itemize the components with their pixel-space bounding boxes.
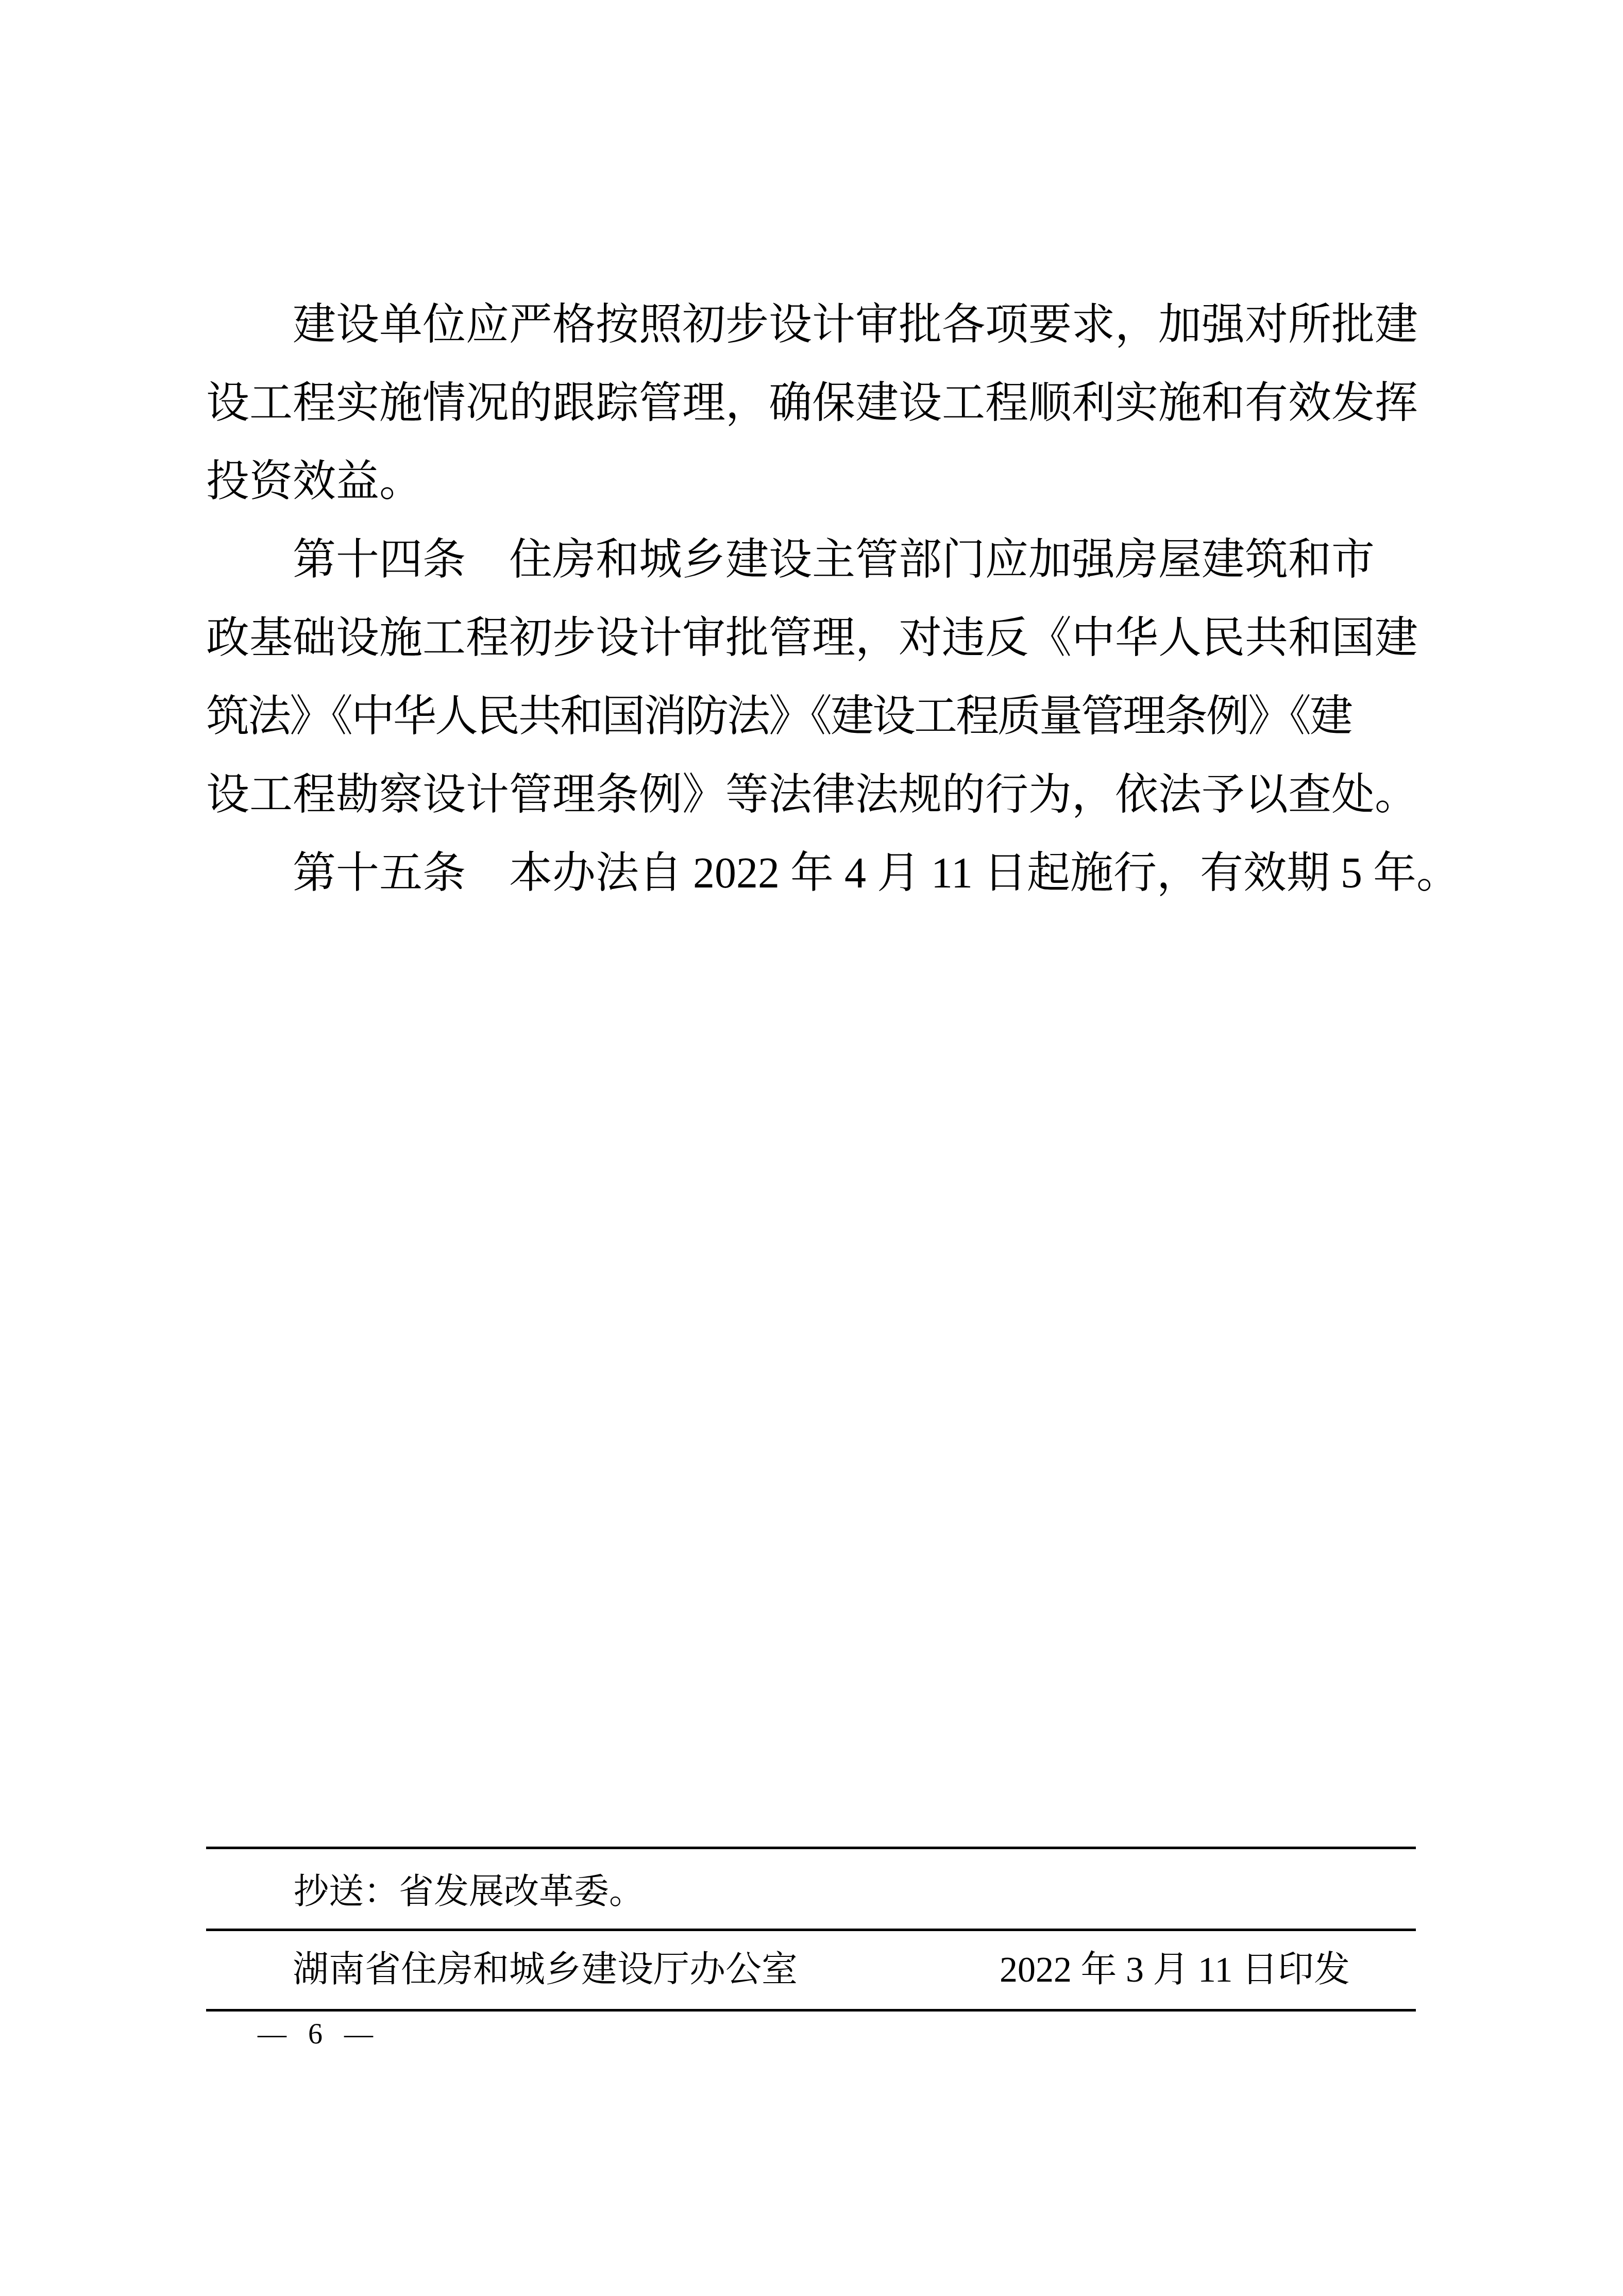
footer-divider-bottom xyxy=(206,2009,1416,2012)
footer-divider-top xyxy=(206,1847,1416,1849)
page-number: — 6 — xyxy=(258,2019,380,2049)
issuer-office: 湖南省住房和城乡建设厅办公室 xyxy=(293,1951,798,1989)
body-line: 筑法》《中华人民共和国消防法》《建设工程质量管理条例》《建 xyxy=(206,678,1418,756)
footer-divider-middle xyxy=(206,1929,1416,1931)
body-line: 投资效益。 xyxy=(206,443,1418,521)
body-line: 设工程实施情况的跟踪管理，确保建设工程顺利实施和有效发挥 xyxy=(206,364,1418,443)
issuer-row: 湖南省住房和城乡建设厅办公室 2022 年 3 月 11 日印发 xyxy=(206,1951,1416,1989)
body-line: 建设单位应严格按照初步设计审批各项要求，加强对所批建 xyxy=(206,286,1418,364)
body-line-article-14: 第十四条 住房和城乡建设主管部门应加强房屋建筑和市 xyxy=(206,521,1418,599)
print-date: 2022 年 3 月 11 日印发 xyxy=(1000,1951,1350,1989)
body-line: 政基础设施工程初步设计审批管理，对违反《中华人民共和国建 xyxy=(206,599,1418,678)
body-line-article-15: 第十五条 本办法自 2022 年 4 月 11 日起施行，有效期 5 年。 xyxy=(206,834,1418,913)
body-line: 设工程勘察设计管理条例》等法律法规的行为，依法予以查处。 xyxy=(206,756,1418,834)
cc-line: 抄送：省发展改革委。 xyxy=(294,1873,644,1910)
document-page: 建设单位应严格按照初步设计审批各项要求，加强对所批建 设工程实施情况的跟踪管理，… xyxy=(0,0,1623,2296)
document-body: 建设单位应严格按照初步设计审批各项要求，加强对所批建 设工程实施情况的跟踪管理，… xyxy=(206,286,1418,913)
